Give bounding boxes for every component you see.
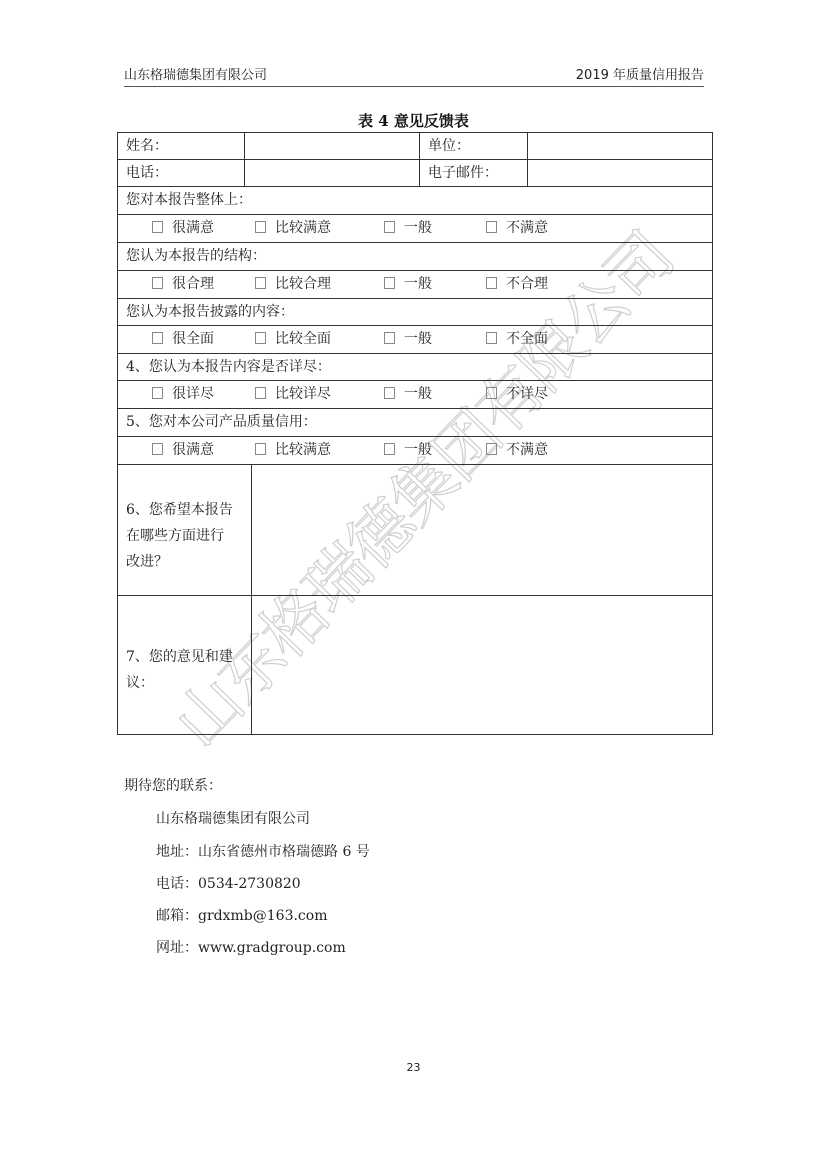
question-4-options: 很详尽 比较详尽 一般 不详尽 <box>117 380 713 409</box>
page-header: 山东格瑞德集团有限公司 2019 年质量信用报告 <box>124 64 704 84</box>
option-checkbox[interactable]: 比较合理 <box>255 271 331 297</box>
checkbox-icon <box>486 221 497 233</box>
option-checkbox[interactable]: 一般 <box>384 381 432 407</box>
phone-label: 电话： <box>117 159 245 187</box>
question-7-label: 7、您的意见和建 议： <box>117 595 252 735</box>
checkbox-icon <box>384 443 395 455</box>
contact-email: 邮箱：grdxmb@163.com <box>156 905 327 925</box>
option-checkbox[interactable]: 很合理 <box>152 271 214 297</box>
checkbox-icon <box>255 387 266 399</box>
email-field[interactable] <box>527 159 713 187</box>
question-6-answer[interactable] <box>251 464 713 596</box>
contact-phone: 电话：0534-2730820 <box>156 873 301 893</box>
checkbox-icon <box>152 443 163 455</box>
checkbox-icon <box>255 332 266 344</box>
option-checkbox[interactable]: 一般 <box>384 215 432 241</box>
question-2-label: 您认为本报告的结构： <box>117 242 713 271</box>
option-checkbox[interactable]: 比较详尽 <box>255 381 331 407</box>
contact-company: 山东格瑞德集团有限公司 <box>156 808 310 828</box>
option-checkbox[interactable]: 不详尽 <box>486 381 548 407</box>
question-7-answer[interactable] <box>251 595 713 735</box>
checkbox-icon <box>486 277 497 289</box>
question-3-label: 您认为本报告披露的内容： <box>117 298 713 326</box>
checkbox-icon <box>152 221 163 233</box>
question-3-options: 很全面 比较全面 一般 不全面 <box>117 325 713 354</box>
checkbox-icon <box>384 277 395 289</box>
checkbox-icon <box>152 277 163 289</box>
header-divider <box>124 86 704 87</box>
checkbox-icon <box>486 443 497 455</box>
contact-intro: 期待您的联系： <box>124 775 222 795</box>
option-checkbox[interactable]: 很满意 <box>152 437 214 463</box>
checkbox-icon <box>152 332 163 344</box>
checkbox-icon <box>384 221 395 233</box>
checkbox-icon <box>486 332 497 344</box>
table-caption: 表 4 意见反馈表 <box>0 110 827 131</box>
option-checkbox[interactable]: 不满意 <box>486 437 548 463</box>
checkbox-icon <box>152 387 163 399</box>
option-checkbox[interactable]: 很全面 <box>152 326 214 352</box>
contact-address: 地址：山东省德州市格瑞德路 6 号 <box>156 841 370 861</box>
option-checkbox[interactable]: 不全面 <box>486 326 548 352</box>
question-4-label: 4、您认为本报告内容是否详尽： <box>117 353 713 381</box>
unit-label: 单位： <box>419 132 528 160</box>
header-report-title: 2019 年质量信用报告 <box>576 64 704 83</box>
option-checkbox[interactable]: 一般 <box>384 326 432 352</box>
page-number: 23 <box>0 1061 827 1074</box>
unit-field[interactable] <box>527 132 713 160</box>
option-checkbox[interactable]: 很满意 <box>152 215 214 241</box>
option-checkbox[interactable]: 不合理 <box>486 271 548 297</box>
checkbox-icon <box>384 332 395 344</box>
question-5-options: 很满意 比较满意 一般 不满意 <box>117 436 713 465</box>
name-label: 姓名： <box>117 132 245 160</box>
checkbox-icon <box>384 387 395 399</box>
option-checkbox[interactable]: 不满意 <box>486 215 548 241</box>
header-company: 山东格瑞德集团有限公司 <box>124 64 267 83</box>
question-5-label: 5、您对本公司产品质量信用： <box>117 408 713 437</box>
option-checkbox[interactable]: 比较满意 <box>255 437 331 463</box>
option-checkbox[interactable]: 一般 <box>384 271 432 297</box>
name-field[interactable] <box>244 132 420 160</box>
option-checkbox[interactable]: 一般 <box>384 437 432 463</box>
option-checkbox[interactable]: 比较满意 <box>255 215 331 241</box>
contact-website: 网址：www.gradgroup.com <box>156 937 346 957</box>
checkbox-icon <box>486 387 497 399</box>
email-label: 电子邮件： <box>419 159 528 187</box>
question-1-options: 很满意 比较满意 一般 不满意 <box>117 214 713 243</box>
question-6-label: 6、您希望本报告 在哪些方面进行 改进？ <box>117 464 252 596</box>
checkbox-icon <box>255 443 266 455</box>
question-2-options: 很合理 比较合理 一般 不合理 <box>117 270 713 299</box>
checkbox-icon <box>255 277 266 289</box>
option-checkbox[interactable]: 比较全面 <box>255 326 331 352</box>
option-checkbox[interactable]: 很详尽 <box>152 381 214 407</box>
phone-field[interactable] <box>244 159 420 187</box>
question-1-label: 您对本报告整体上： <box>117 186 713 215</box>
checkbox-icon <box>255 221 266 233</box>
feedback-table: 姓名： 单位： 电话： 电子邮件： 您对本报告整体上： 很满意 比较满意 一般 … <box>117 132 713 735</box>
